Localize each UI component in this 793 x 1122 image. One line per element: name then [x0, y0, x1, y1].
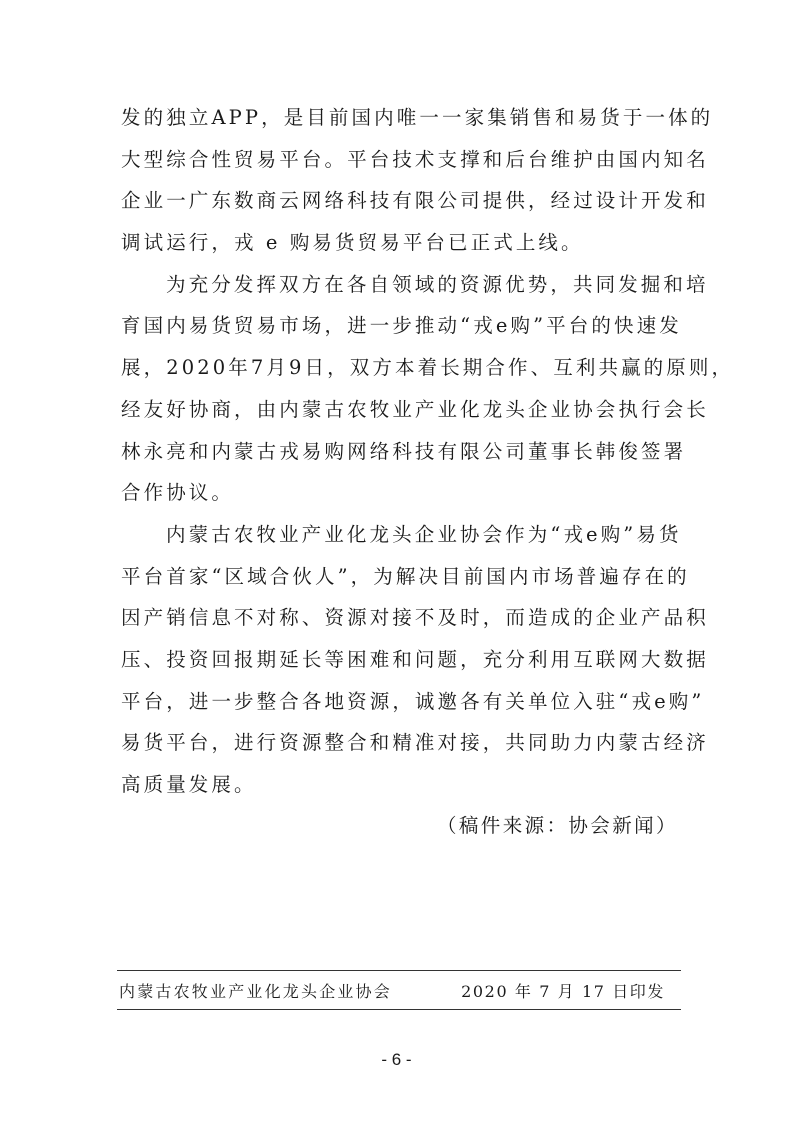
text-line-16: 易货平台，进行资源整合和精准对接，共同助力内蒙古经济: [121, 722, 677, 764]
text-line-13: 因产销信息不对称、资源对接不及时，而造成的企业产品积: [121, 597, 677, 639]
document-page: 发的独立APP，是目前国内唯一一家集销售和易货于一体的 大型综合性贸易平台。平台…: [0, 0, 793, 1122]
text-line-15: 平台，进一步整合各地资源，诚邀各有关单位入驻“戎e购”: [121, 681, 677, 723]
text-line-7: 展，2020年7月9日，双方本着长期合作、互利共赢的原则，: [121, 347, 677, 389]
page-number: - 6 -: [0, 1048, 793, 1072]
text-line-11: 内蒙古农牧业产业化龙头企业协会作为“戎e购”易货: [121, 514, 677, 556]
article-source: （稿件来源：协会新闻）: [437, 806, 678, 846]
text-line-2: 大型综合性贸易平台。平台技术支撑和后台维护由国内知名: [121, 139, 677, 181]
text-line-17: 高质量发展。: [121, 764, 677, 806]
text-line-3: 企业一广东数商云网络科技有限公司提供，经过设计开发和: [121, 180, 677, 222]
text-line-10: 合作协议。: [121, 472, 677, 514]
footer-top-rule: [117, 970, 681, 971]
text-line-14: 压、投资回报期延长等困难和问题，充分利用互联网大数据: [121, 639, 677, 681]
footer-bottom-rule: [117, 1009, 681, 1010]
footer-print-date: 2020 年 7 月 17 日印发: [461, 978, 665, 1006]
text-line-12: 平台首家“区域合伙人”，为解决目前国内市场普遍存在的: [121, 556, 677, 598]
text-line-9: 林永亮和内蒙古戎易购网络科技有限公司董事长韩俊签署: [121, 431, 677, 473]
text-line-1: 发的独立APP，是目前国内唯一一家集销售和易货于一体的: [121, 97, 677, 139]
text-line-5: 为充分发挥双方在各自领域的资源优势，共同发掘和培: [121, 264, 677, 306]
text-line-4: 调试运行，戎 e 购易货贸易平台已正式上线。: [121, 222, 677, 264]
text-line-8: 经友好协商，由内蒙古农牧业产业化龙头企业协会执行会长: [121, 389, 677, 431]
footer-organization: 内蒙古农牧业产业化龙头企业协会: [119, 978, 392, 1006]
article-body: 发的独立APP，是目前国内唯一一家集销售和易货于一体的 大型综合性贸易平台。平台…: [121, 97, 677, 806]
text-line-6: 育国内易货贸易市场，进一步推动“戎e购”平台的快速发: [121, 305, 677, 347]
